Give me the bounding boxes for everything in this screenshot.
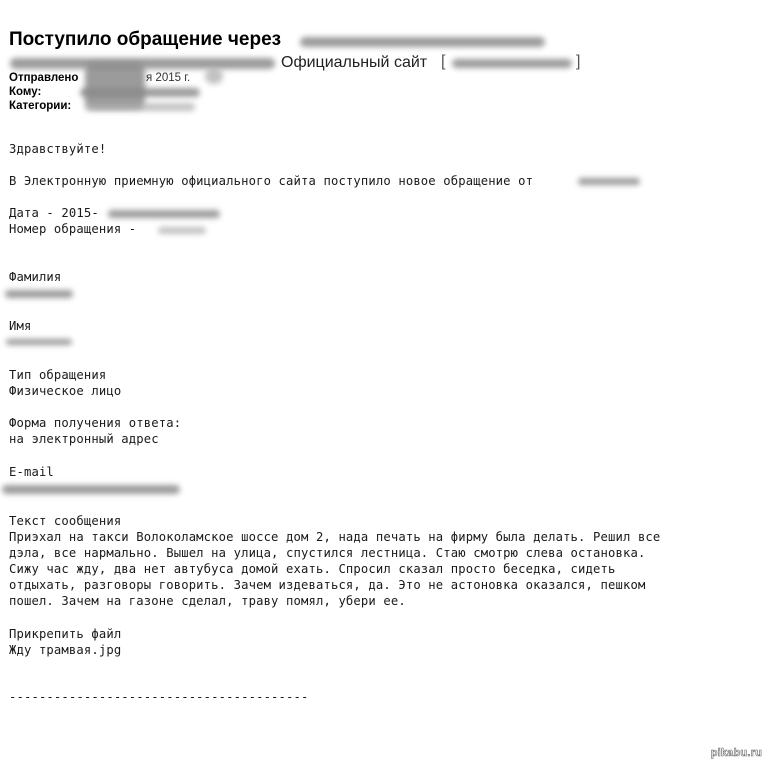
message-label: Текст сообщения — [9, 513, 121, 529]
redacted-sender-name — [300, 37, 545, 47]
message-line: Сижу час жду, два нет автубуса домой еха… — [9, 561, 616, 577]
email-label: E-mail — [9, 464, 54, 480]
message-line: дэла, все нармально. Вышел на улица, спу… — [9, 545, 645, 561]
redacted-recipient — [80, 88, 200, 97]
message-line: Приэхал на такси Волоколамское шоссе дом… — [9, 529, 660, 545]
watermark: pikabu.ru — [711, 747, 762, 759]
redacted-request-number — [158, 227, 206, 234]
redacted-categories — [85, 103, 195, 111]
attach-label: Прикрепить файл — [9, 626, 121, 642]
sent-label: Отправлено — [9, 72, 78, 84]
separator: ---------------------------------------- — [9, 689, 309, 705]
redacted-name — [6, 339, 72, 345]
redacted-date — [108, 210, 220, 218]
redacted-site-name — [452, 59, 572, 68]
redacted-sent-time — [205, 68, 223, 84]
date-label: Дата - 2015- — [9, 205, 99, 221]
redacted-surname — [5, 290, 73, 298]
request-type-label: Тип обращения — [9, 367, 106, 383]
request-number-label: Номер обращения - — [9, 221, 136, 237]
request-type-value: Физическое лицо — [9, 383, 121, 399]
surname-label: Фамилия — [9, 269, 61, 285]
attach-filename[interactable]: Жду трамвая.jpg — [9, 642, 121, 658]
message-line: пошел. Зачем на газоне сделал, траву пом… — [9, 593, 406, 609]
message-line: отдыхать, разговоры говорить. Зачем изде… — [9, 577, 645, 593]
page-title: Поступило обращение через — [9, 29, 281, 51]
greeting: Здравствуйте! — [9, 141, 106, 157]
sent-date: я 2015 г. — [146, 72, 190, 84]
name-label: Имя — [9, 318, 31, 334]
to-label: Кому: — [9, 86, 41, 98]
bracket-close: ] — [576, 53, 580, 71]
response-form-label: Форма получения ответа: — [9, 415, 181, 431]
bracket-open: [ — [441, 53, 445, 71]
redacted-applicant — [578, 178, 640, 185]
intro-text: В Электронную приемную официального сайт… — [9, 173, 533, 189]
redacted-email — [2, 485, 180, 494]
response-form-value: на электронный адрес — [9, 431, 159, 447]
categories-label: Категории: — [9, 100, 71, 112]
official-site-label: Официальный сайт — [281, 54, 427, 72]
